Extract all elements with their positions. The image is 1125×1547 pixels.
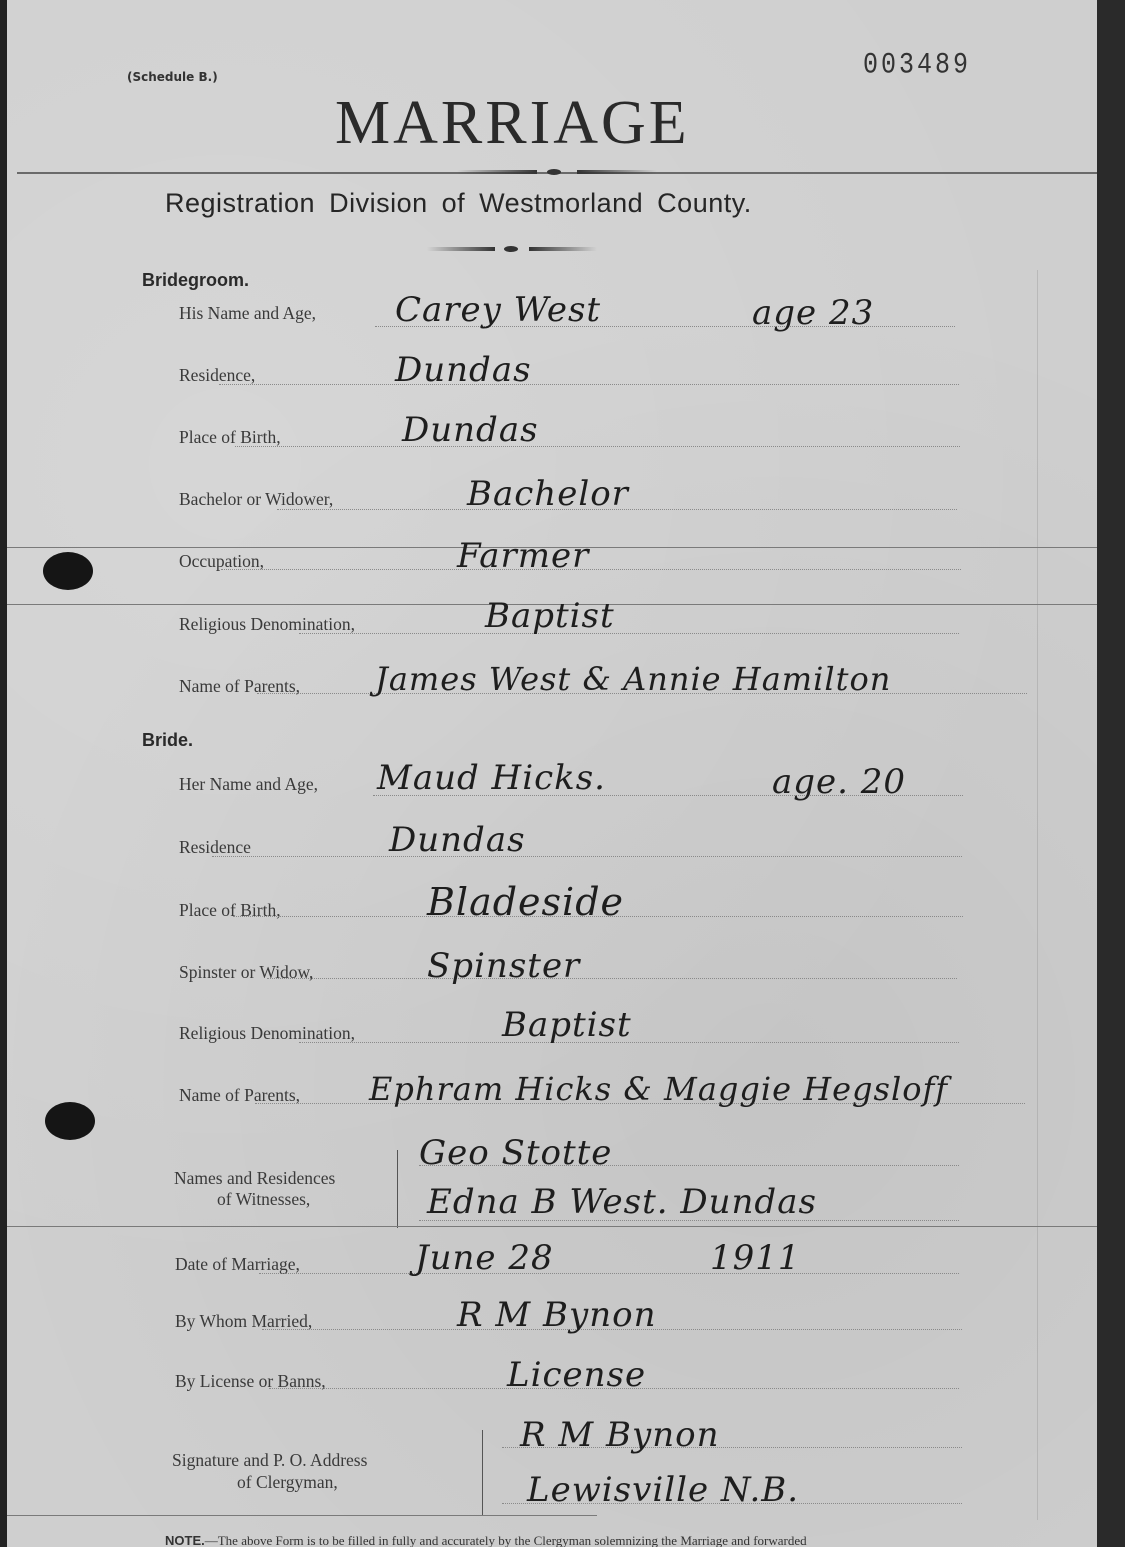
bride-birthplace-label: Place of Birth, — [179, 900, 281, 921]
witness-1-value: Geo Stotte — [419, 1133, 612, 1173]
bride-residence-label: Residence — [179, 837, 251, 858]
clergyman-signature: R M Bynon — [520, 1415, 720, 1455]
scan-right-border — [1097, 0, 1125, 1547]
groom-status-value: Bachelor — [467, 474, 629, 514]
groom-religion-value: Baptist — [485, 596, 615, 636]
form-title: MARRIAGE — [335, 88, 690, 159]
punch-hole — [45, 1102, 95, 1140]
bridegroom-section-heading: Bridegroom. — [142, 270, 249, 291]
ruled-line — [7, 1226, 1097, 1227]
clergyman-bracket — [482, 1430, 483, 1515]
bride-status-label: Spinster or Widow, — [179, 962, 313, 983]
clergyman-label-line2: of Clergyman, — [237, 1472, 338, 1493]
ornament-divider — [457, 169, 657, 175]
fill-line — [221, 569, 961, 570]
note-prefix: NOTE. — [165, 1533, 205, 1547]
date-value: June 28 — [415, 1238, 554, 1278]
registration-division: Registration Division of Westmorland Cou… — [165, 188, 752, 219]
by-whom-value: R M Bynon — [457, 1295, 657, 1335]
bride-status-value: Spinster — [427, 946, 580, 986]
fill-line — [299, 633, 959, 634]
witness-2-value: Edna B West. Dundas — [427, 1182, 817, 1222]
bride-section-heading: Bride. — [142, 730, 193, 751]
groom-residence-value: Dundas — [395, 350, 532, 390]
groom-residence-label: Residence, — [179, 365, 255, 386]
bride-religion-value: Baptist — [502, 1005, 632, 1045]
bride-birthplace-value: Bladeside — [427, 880, 624, 924]
serial-number: 003489 — [863, 47, 971, 82]
ornament-divider — [427, 246, 597, 252]
witnesses-label: Names and Residences — [174, 1168, 335, 1189]
bride-parents-value: Ephram Hicks & Maggie Hegsloff — [369, 1070, 948, 1108]
marriage-registration-form: (Schedule B.) 003489 MARRIAGE Registrati… — [7, 0, 1097, 1547]
groom-name-value: Carey West — [395, 290, 601, 330]
clergyman-label: Signature and P. O. Address — [172, 1450, 367, 1471]
ruled-line — [7, 1515, 597, 1516]
groom-parents-value: James West & Annie Hamilton — [375, 660, 891, 698]
date-year-value: 1911 — [710, 1238, 801, 1278]
bride-name-value: Maud Hicks. — [377, 758, 606, 798]
groom-birthplace-label: Place of Birth, — [179, 427, 281, 448]
schedule-label: (Schedule B.) — [127, 70, 218, 84]
clergyman-address: Lewisville N.B. — [527, 1470, 799, 1510]
groom-name-label: His Name and Age, — [179, 303, 316, 324]
fill-line — [219, 384, 959, 385]
form-note: NOTE.—The above Form is to be filled in … — [165, 1533, 807, 1547]
note-text: —The above Form is to be filled in fully… — [205, 1533, 807, 1547]
groom-religion-label: Religious Denomination, — [179, 614, 355, 635]
fill-line — [259, 1273, 959, 1274]
paper-crease — [1037, 270, 1038, 1520]
bride-residence-value: Dundas — [389, 820, 526, 860]
fill-line — [235, 446, 960, 447]
fill-line — [212, 856, 962, 857]
witnesses-label-line2: of Witnesses, — [217, 1189, 310, 1210]
groom-age-value: age 23 — [752, 293, 874, 333]
bride-age-value: age. 20 — [772, 762, 906, 802]
license-value: License — [507, 1355, 646, 1395]
bride-religion-label: Religious Denomination, — [179, 1023, 355, 1044]
fill-line — [267, 978, 957, 979]
bride-name-label: Her Name and Age, — [179, 774, 318, 795]
scan-left-border — [0, 0, 7, 1547]
punch-hole — [43, 552, 93, 590]
groom-occupation-value: Farmer — [457, 536, 589, 576]
date-label: Date of Marriage, — [175, 1254, 300, 1275]
groom-birthplace-value: Dundas — [402, 410, 539, 450]
witness-bracket — [397, 1150, 398, 1228]
groom-status-label: Bachelor or Widower, — [179, 489, 333, 510]
